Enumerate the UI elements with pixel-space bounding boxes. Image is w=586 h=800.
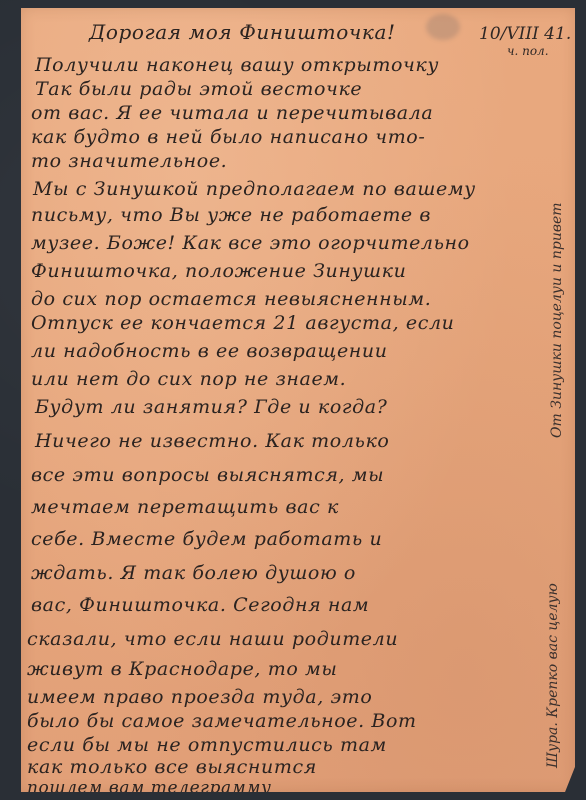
letter-line: было бы самое замечательное. Вот [27,712,417,731]
postcard: 10/VIII 41. ч. пол. Дорогая моя Финишточ… [21,8,575,792]
letter-line: до сих пор остается невыясненным. [31,290,431,309]
letter-line: Будут ли занятия? Где и когда? [35,398,387,417]
letter-line: живут в Краснодаре, то мы [27,660,337,679]
margin-note-upper: От Зинушки поцелуи и привет [549,202,565,438]
letter-line: как только все выяснится [27,758,317,777]
letter-line: Мы с Зинушкой предполагаем по вашему [33,180,476,199]
letter-line: или нет до сих пор не знаем. [31,370,346,389]
letter-line: пошлем вам телеграмму [27,780,272,797]
letter-line: себе. Вместе будем работать и [31,530,382,549]
letter-line: от вас. Я ее читала и перечитывала [31,104,433,123]
letter-line: вас, Финишточка. Сегодня нам [31,596,369,615]
margin-note-lower: Шура. Крепко вас целую [545,583,561,768]
letter-line: имеем право проезда туда, это [27,688,372,707]
greeting-line: Дорогая моя Финишточка! [89,22,396,42]
letter-date: 10/VIII 41. [479,24,571,44]
letter-line: мечтаем перетащить вас к [31,498,339,517]
letter-line: сказали, что если наши родители [27,630,398,649]
ink-smudge [426,14,460,40]
letter-date-note: ч. пол. [507,44,549,58]
letter-line: Финишточка, положение Зинушки [31,262,406,281]
letter-line: ли надобность в ее возвращении [31,342,388,361]
letter-line: все эти вопросы выяснятся, мы [31,466,384,485]
letter-line: если бы мы не отпустились там [27,736,387,755]
letter-line: Так были рады этой весточке [35,80,362,99]
letter-line: то значительное. [31,152,227,171]
letter-line: музее. Боже! Как все это огорчительно [31,234,470,253]
letter-line: письму, что Вы уже не работаете в [31,206,431,225]
letter-line: Отпуск ее кончается 21 августа, если [31,314,455,333]
letter-line: ждать. Я так болею душою о [31,564,356,583]
letter-line: как будто в ней было написано что- [31,128,425,147]
letter-line: Получили наконец вашу открыточку [35,56,439,75]
scanned-postcard-page: 10/VIII 41. ч. пол. Дорогая моя Финишточ… [0,0,586,800]
letter-line: Ничего не известно. Как только [35,432,389,451]
